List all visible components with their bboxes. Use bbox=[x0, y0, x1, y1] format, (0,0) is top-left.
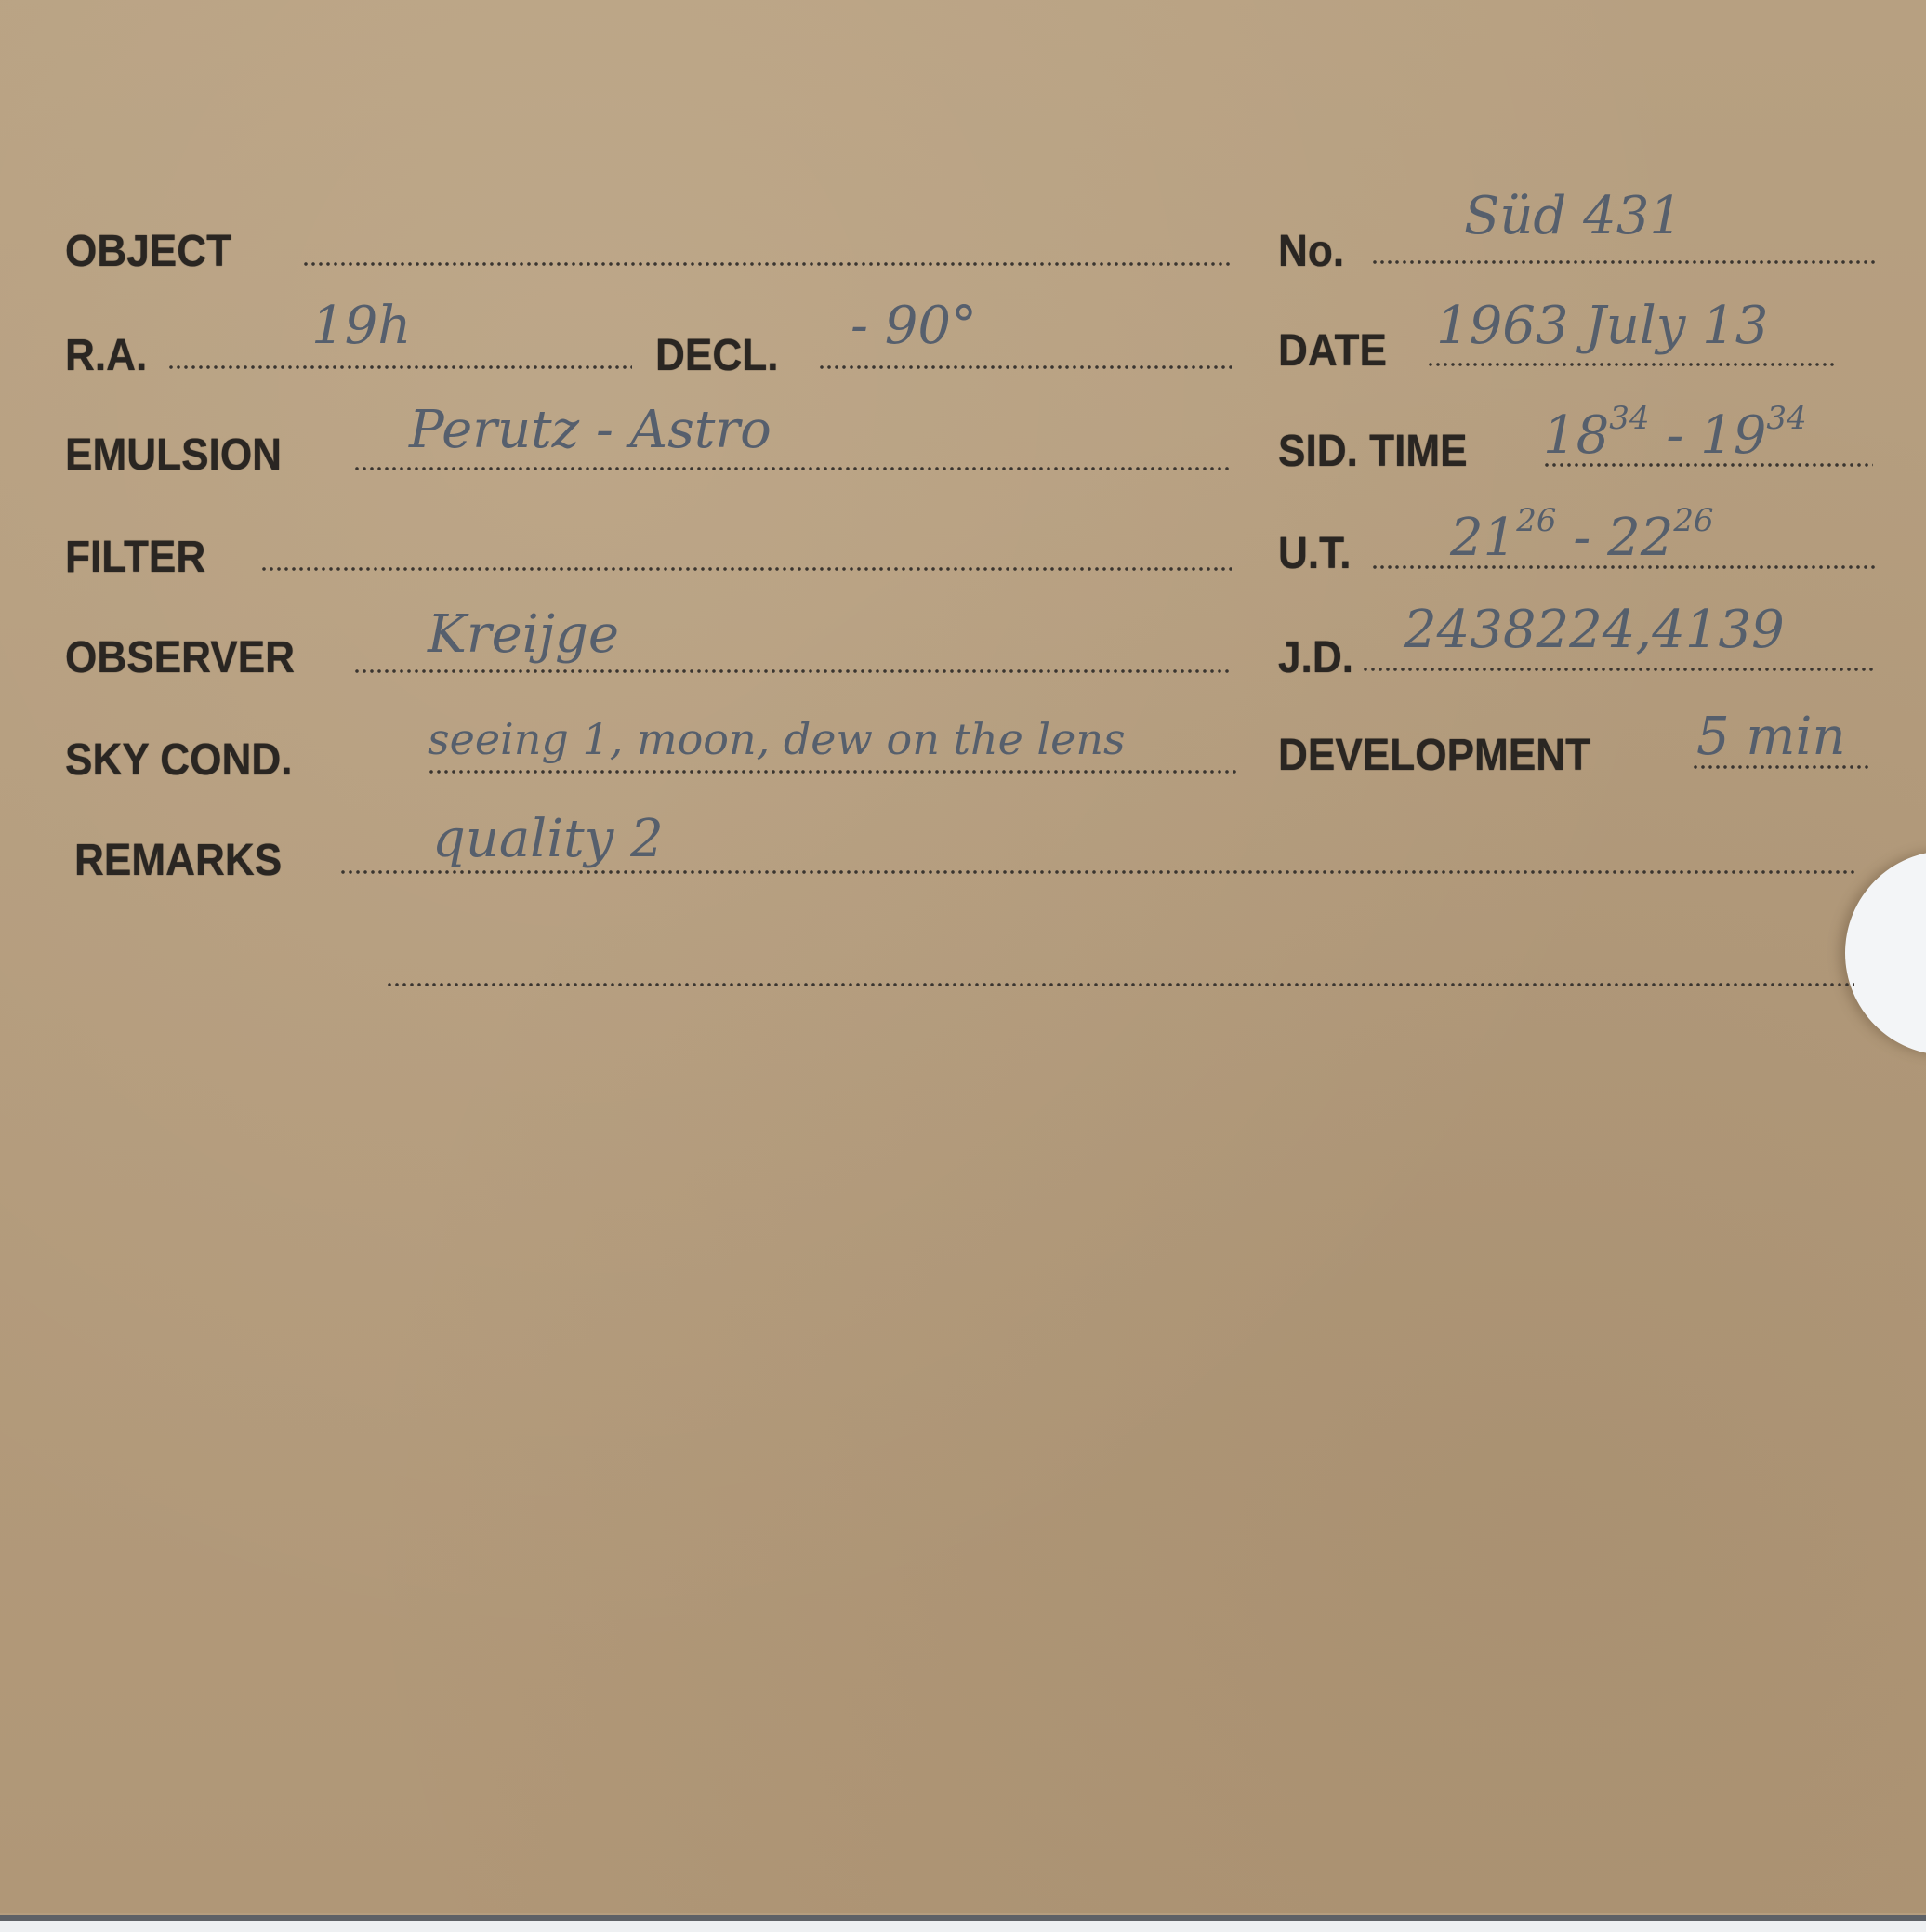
ut-end-min: 26 bbox=[1673, 502, 1713, 539]
ut-end-hour: 22 bbox=[1607, 508, 1673, 568]
remarks-label: REMARKS bbox=[74, 835, 282, 886]
emulsion-field-line[interactable] bbox=[353, 467, 1232, 470]
sid-time-separator: - bbox=[1650, 405, 1701, 466]
scan-background bbox=[0, 1921, 1926, 1932]
sid-time-value: 1834 - 1934 bbox=[1543, 400, 1807, 466]
sid-time-end-hour: 19 bbox=[1700, 405, 1766, 466]
jd-field-line[interactable] bbox=[1362, 668, 1873, 671]
ut-label: U.T. bbox=[1278, 528, 1352, 579]
jd-value: 2438224,4139 bbox=[1404, 600, 1785, 660]
object-field-line[interactable] bbox=[302, 262, 1232, 266]
jd-label: J.D. bbox=[1278, 632, 1353, 683]
emulsion-value: Perutz - Astro bbox=[409, 400, 772, 460]
remarks-value: quality 2 bbox=[432, 809, 664, 869]
emulsion-label: EMULSION bbox=[65, 430, 282, 481]
sky-cond-label: SKY COND. bbox=[65, 734, 293, 786]
no-label: No. bbox=[1278, 226, 1344, 277]
development-value: 5 min bbox=[1696, 707, 1846, 767]
ra-label: R.A. bbox=[65, 330, 147, 381]
filter-field-line[interactable] bbox=[260, 567, 1232, 571]
date-label: DATE bbox=[1278, 325, 1387, 377]
sid-time-end-min: 34 bbox=[1766, 400, 1806, 437]
development-label: DEVELOPMENT bbox=[1278, 730, 1590, 781]
no-field-line[interactable] bbox=[1371, 260, 1878, 264]
filter-label: FILTER bbox=[65, 532, 205, 583]
date-value: 1963 July 13 bbox=[1436, 296, 1768, 356]
observer-label: OBSERVER bbox=[65, 632, 295, 683]
ut-start-hour: 21 bbox=[1450, 508, 1516, 568]
object-label: OBJECT bbox=[65, 226, 231, 277]
remarks-field-line[interactable] bbox=[339, 870, 1854, 874]
ut-value: 2126 - 2226 bbox=[1450, 502, 1714, 568]
sid-time-label: SID. TIME bbox=[1278, 426, 1468, 477]
ut-start-min: 26 bbox=[1516, 502, 1556, 539]
sky-cond-field-line[interactable] bbox=[428, 770, 1236, 774]
ra-value: 19h bbox=[311, 296, 411, 356]
ra-field-line[interactable] bbox=[167, 365, 632, 369]
observer-field-line[interactable] bbox=[353, 669, 1232, 673]
sid-time-start-min: 34 bbox=[1609, 400, 1649, 437]
date-field-line[interactable] bbox=[1427, 363, 1836, 366]
sky-cond-value: seeing 1, moon, dew on the lens bbox=[428, 714, 1126, 764]
no-value: Süd 431 bbox=[1464, 186, 1682, 246]
plate-envelope bbox=[0, 0, 1926, 1913]
sid-time-start-hour: 18 bbox=[1543, 405, 1609, 466]
decl-label: DECL. bbox=[655, 330, 778, 381]
ut-separator: - bbox=[1557, 508, 1608, 568]
decl-value: - 90° bbox=[851, 296, 977, 356]
observer-value: Kreijge bbox=[428, 604, 619, 665]
decl-field-line[interactable] bbox=[818, 365, 1232, 369]
remarks-continuation-line[interactable] bbox=[386, 983, 1854, 986]
